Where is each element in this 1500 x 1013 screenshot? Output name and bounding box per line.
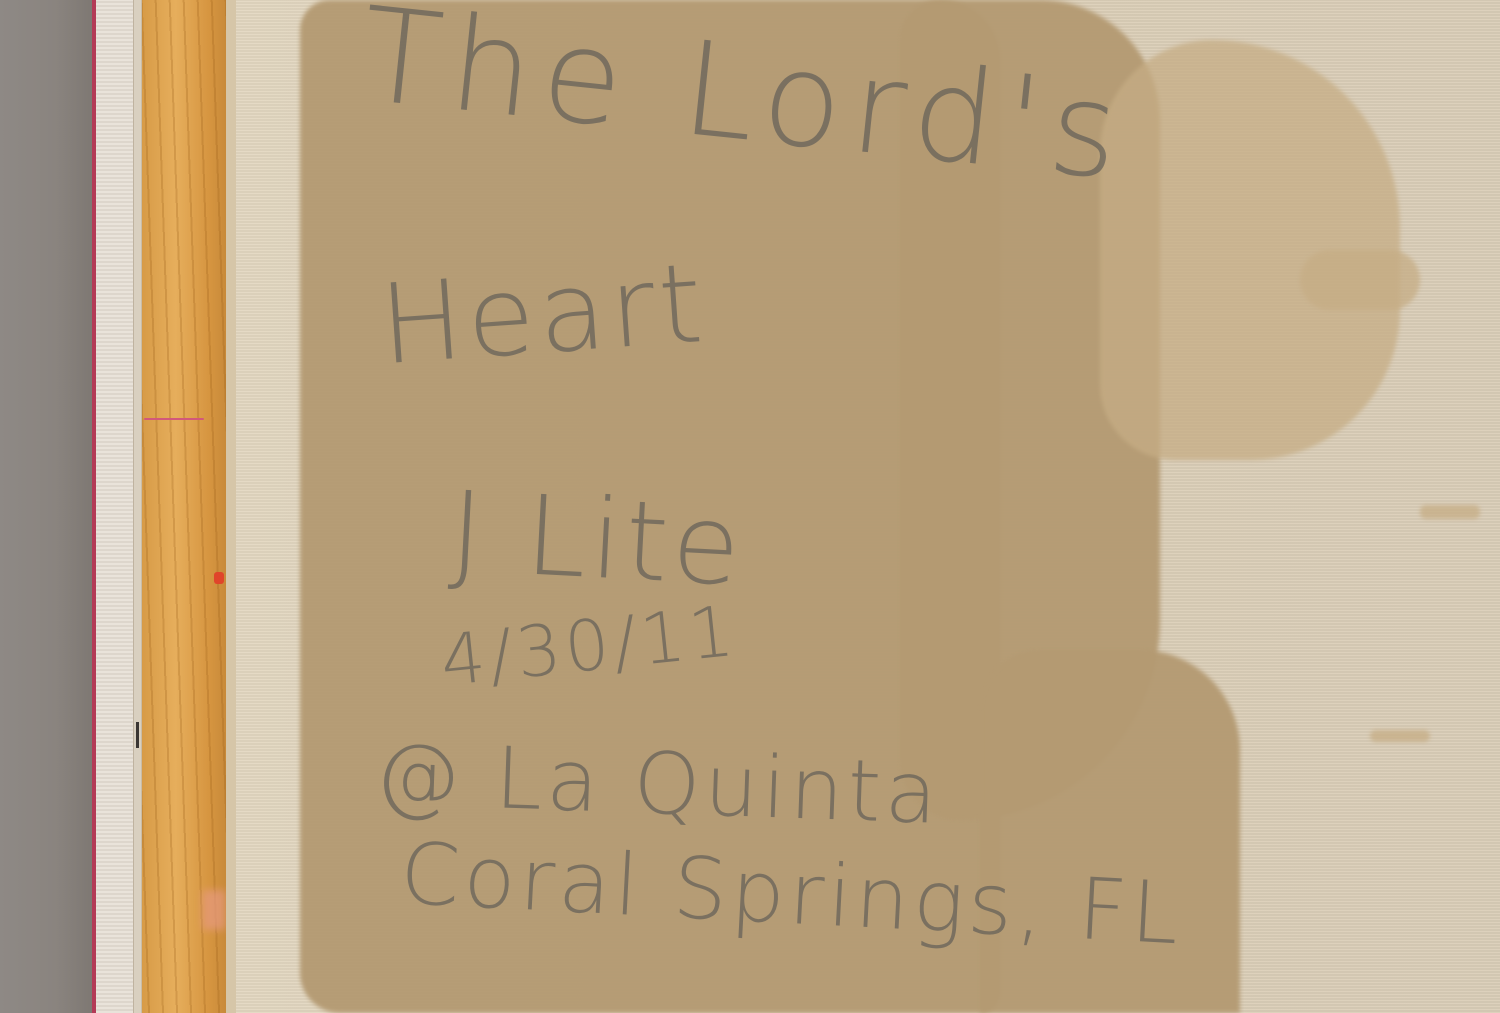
stretcher-inner-edge (226, 0, 236, 1013)
gesso-stain (1370, 730, 1430, 742)
paint-drip-pink (144, 418, 204, 420)
wooden-stretcher-bar (142, 0, 226, 1013)
inscription-location-line1: @ La Quinta (373, 725, 942, 844)
inscription-title-line2: Heart (376, 239, 710, 389)
paint-smudge-pink (202, 890, 226, 930)
paint-drip-red (214, 572, 224, 584)
canvas-side-edge (92, 0, 137, 1013)
canvas-back-photo: The Lord's Heart J Lite 4/30/11 @ La Qui… (0, 0, 1500, 1013)
gesso-stain (1420, 505, 1480, 519)
gesso-stain (1300, 250, 1420, 310)
canvas-fold (133, 0, 142, 1013)
staple (136, 722, 139, 748)
inscription-signature: J Lite (447, 467, 747, 610)
background-wall (0, 0, 92, 1013)
